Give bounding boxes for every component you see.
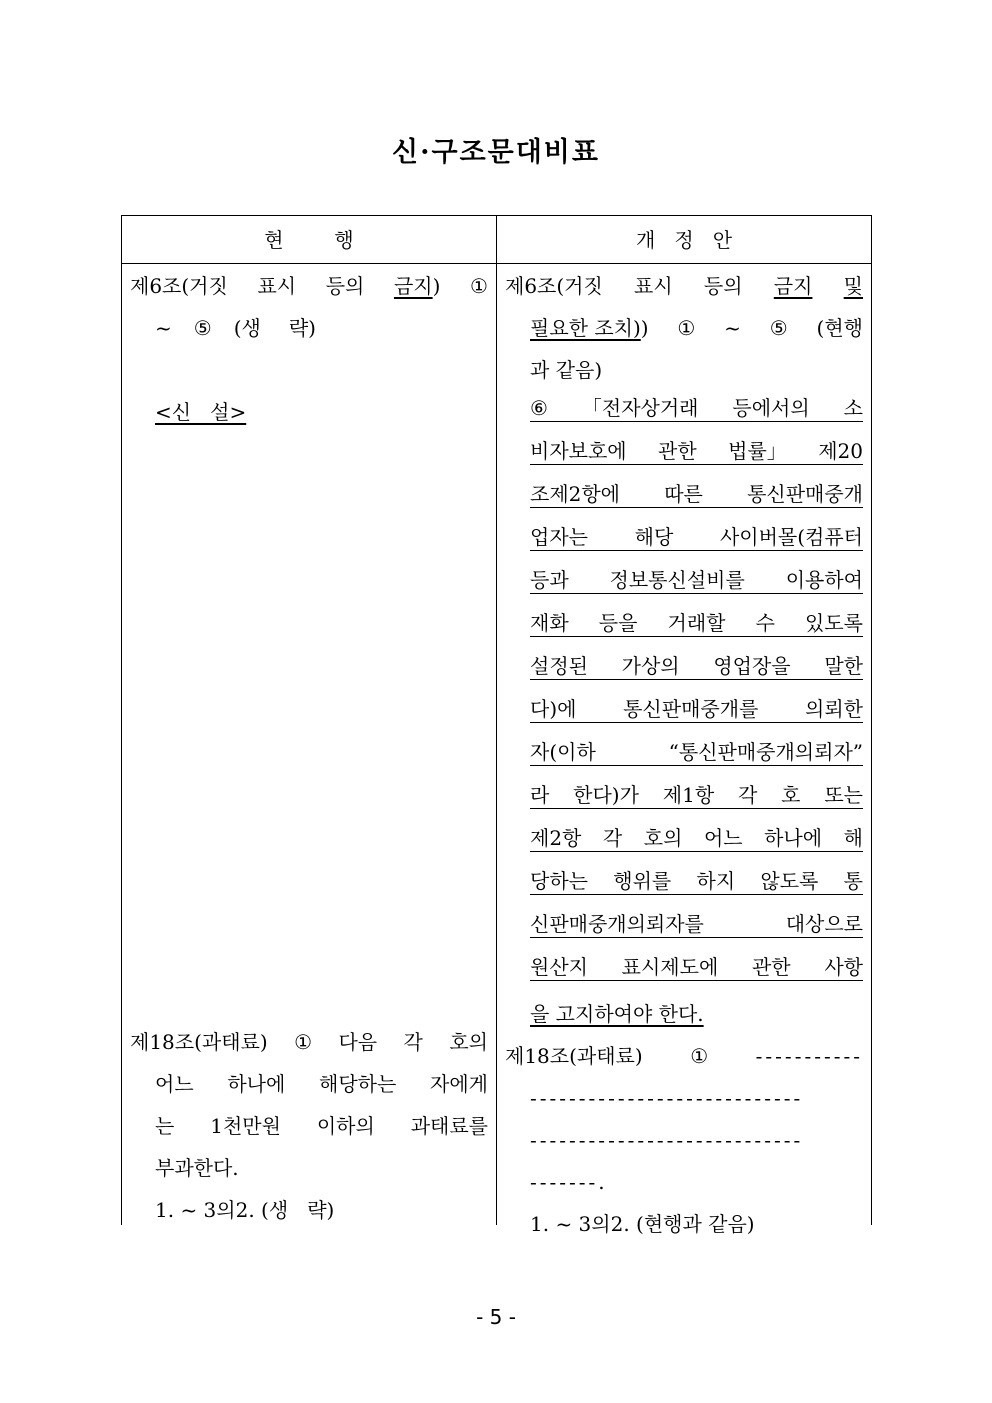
new-para-line: 신판매중개의뢰자를 대상으로 [530,907,863,938]
new-para-line: 자(이하 “통신판매중개의뢰자” [530,735,863,766]
comparison-table: 현 행 개 정 안 제6조(거짓 표시 등의 금지) ① ~ ⑤ (생 략) <… [121,215,872,1225]
current-art18-line2: 어느 하나에 해당하는 자에게 [130,1063,488,1105]
new-para-line: 당하는 행위를 하지 않도록 통 [530,864,863,895]
current-art6-line1: 제6조(거짓 표시 등의 금지) ① [130,265,488,307]
column-divider [496,216,497,1225]
amended-art6-line1: 제6조(거짓 표시 등의 금지 및 [505,265,863,307]
new-paragraph-6: ⑥ 「전자상거래 등에서의 소 비자보호에 관한 법률」 제20 조제2항에 따… [505,391,863,1035]
new-para-line: ⑥ 「전자상거래 등에서의 소 [530,391,863,422]
amended-column: 제6조(거짓 표시 등의 금지 및 필요한 조치)) ① ~ ⑤ (현행 과 같… [505,265,863,1245]
new-para-line: 비자보호에 관한 법률」 제20 [530,434,863,465]
amended-art18-line3: ---------------------------- [505,1119,863,1161]
new-para-line: 등과 정보통신설비를 이용하여 [530,563,863,594]
current-art18-line4: 부과한다. [130,1147,488,1189]
underlined-text: 금지 [394,274,433,298]
new-para-line: 업자는 해당 사이버몰(컴퓨터 [530,520,863,551]
document-title: 신·구조문대비표 [0,130,992,169]
table-header: 현 행 개 정 안 [122,216,871,264]
header-current: 현 행 [122,216,496,262]
current-column: 제6조(거짓 표시 등의 금지) ① ~ ⑤ (생 략) <신 설> 제18조(… [130,265,488,1231]
amended-art6-line2: 필요한 조치)) ① ~ ⑤ (현행 [505,307,863,349]
new-para-line: 라 한다)가 제1항 각 호 또는 [530,778,863,809]
current-art6-line2: ~ ⑤ (생 략) [130,307,488,349]
new-para-line: 설정된 가상의 영업장을 말한 [530,649,863,680]
current-art18-line1: 제18조(과태료) ① 다음 각 호의 [130,1021,488,1063]
page-number: - 5 - [0,1305,992,1329]
amended-art18-line4: -------. [505,1161,863,1203]
new-para-line: 제2항 각 호의 어느 하나에 해 [530,821,863,852]
new-para-line: 을 고지하여야 한다. [530,993,863,1035]
new-para-line: 원산지 표시제도에 관한 사항 [530,950,863,981]
header-amended: 개 정 안 [497,216,871,262]
amended-art18-items: 1. ~ 3의2. (현행과 같음) [505,1203,863,1245]
new-para-line: 다)에 통신판매중개를 의뢰한 [530,692,863,723]
amended-art18-line2: ---------------------------- [505,1077,863,1119]
new-para-line: 재화 등을 거래할 수 있도록 [530,606,863,637]
current-art18-items: 1. ~ 3의2. (생 략) [130,1189,488,1231]
amended-art6-line3: 과 같음) [505,349,863,391]
new-para-line: 조제2항에 따른 통신판매중개 [530,477,863,508]
new-provision-marker: <신 설> [130,391,488,433]
amended-art18-line1: 제18조(과태료) ① ----------- [505,1035,863,1077]
current-art18-line3: 는 1천만원 이하의 과태료를 [130,1105,488,1147]
